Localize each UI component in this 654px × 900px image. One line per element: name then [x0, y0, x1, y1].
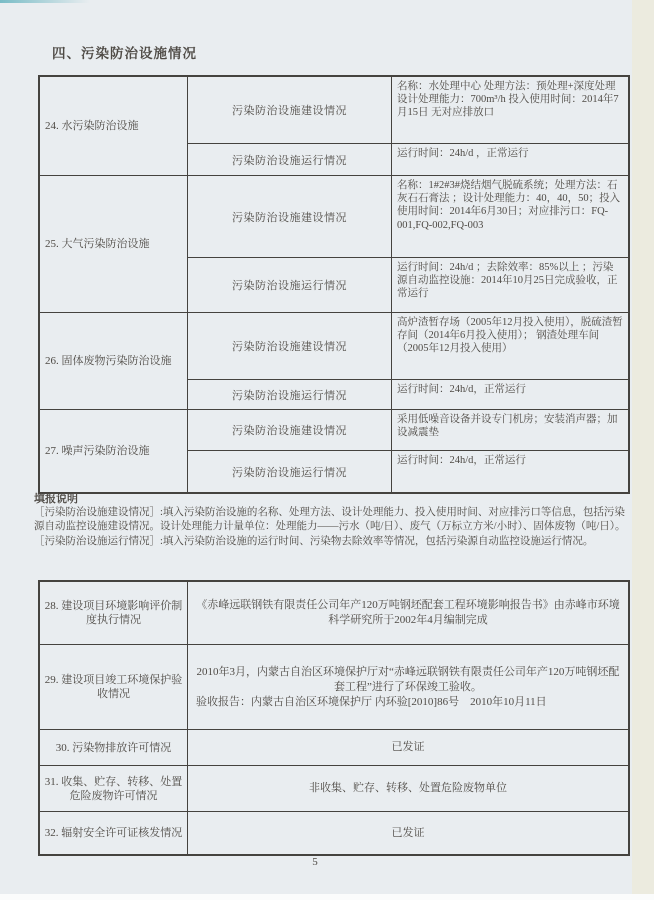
table-row-28: 28. 建设项目环境影响评价制度执行情况 《赤峰远联钢铁有限责任公司年产120万…: [40, 582, 628, 644]
row-26-build-value: 高炉渣暂存场（2005年12月投入使用），脱硫渣暂存间（2014年6月投入使用）…: [392, 313, 628, 379]
row-25-run: 污染防治设施运行情况 运行时间：24h/d ；去除效率：85%以上 ；污染源自动…: [188, 257, 628, 312]
table-row-30: 30. 污染物排放许可情况 已发证: [40, 729, 628, 765]
row-25-run-value: 运行时间：24h/d ；去除效率：85%以上 ；污染源自动监控设施：2014年1…: [392, 258, 628, 312]
table-row-26: 26. 固体废物污染防治设施 污染防治设施建设情况 高炉渣暂存场（2005年12…: [40, 312, 628, 409]
row-27-build-value: 采用低噪音设备并设专门机房；安装消声器；加设减震垫: [392, 410, 628, 450]
notes-title: 填报说明: [34, 492, 632, 506]
table-row-32: 32. 辐射安全许可证核发情况 已发证: [40, 811, 628, 854]
row-24-build-value: 名称：水处理中心 处理方法：预处理+深度处理 设计处理能力：700m³/h 投入…: [392, 77, 628, 143]
row-27-label: 27. 噪声污染防治设施: [40, 410, 188, 492]
notes-line-1: ［污染防治设施建设情况］:填入污染防治设施的名称、处理方法、设计处理能力、投入使…: [34, 506, 632, 534]
scan-edge-right: [632, 0, 654, 895]
row-24-label: 24. 水污染防治设施: [40, 77, 188, 175]
table-row-24: 24. 水污染防治设施 污染防治设施建设情况 名称：水处理中心 处理方法：预处理…: [40, 77, 628, 175]
filling-instructions: 填报说明 ［污染防治设施建设情况］:填入污染防治设施的名称、处理方法、设计处理能…: [34, 492, 632, 549]
row-32-label: 32. 辐射安全许可证核发情况: [40, 812, 188, 854]
row-31-label: 31. 收集、贮存、转移、处置危险废物许可情况: [40, 766, 188, 811]
row-25-build-value: 名称：1#2#3#烧结烟气脱硫系统；处理方法：石灰石石膏法 ；设计处理能力：40…: [392, 176, 628, 257]
build-status-label: 污染防治设施建设情况: [188, 176, 392, 257]
row-26-run-value: 运行时间：24h/d，正常运行: [392, 380, 628, 409]
table-row-25: 25. 大气污染防治设施 污染防治设施建设情况 名称：1#2#3#烧结烟气脱硫系…: [40, 175, 628, 312]
row-26-build: 污染防治设施建设情况 高炉渣暂存场（2005年12月投入使用），脱硫渣暂存间（2…: [188, 313, 628, 379]
run-status-label: 污染防治设施运行情况: [188, 258, 392, 312]
row-27-run-value: 运行时间：24h/d，正常运行: [392, 451, 628, 492]
row-26-label: 26. 固体废物污染防治设施: [40, 313, 188, 409]
row-30-label: 30. 污染物排放许可情况: [40, 730, 188, 765]
row-25-label: 25. 大气污染防治设施: [40, 176, 188, 312]
run-status-label: 污染防治设施运行情况: [188, 380, 392, 409]
permits-table: 28. 建设项目环境影响评价制度执行情况 《赤峰远联钢铁有限责任公司年产120万…: [38, 580, 630, 856]
build-status-label: 污染防治设施建设情况: [188, 313, 392, 379]
row-27-build: 污染防治设施建设情况 采用低噪音设备并设专门机房；安装消声器；加设减震垫: [188, 410, 628, 450]
table-row-27: 27. 噪声污染防治设施 污染防治设施建设情况 采用低噪音设备并设专门机房；安装…: [40, 409, 628, 492]
scan-edge-top: [0, 0, 90, 3]
row-30-value: 已发证: [196, 740, 620, 755]
scanned-document-page: 四、污染防治设施情况 24. 水污染防治设施 污染防治设施建设情况 名称：水处理…: [0, 0, 654, 900]
build-status-label: 污染防治设施建设情况: [188, 77, 392, 143]
build-status-label: 污染防治设施建设情况: [188, 410, 392, 450]
row-24-run: 污染防治设施运行情况 运行时间：24h/d ，正常运行: [188, 143, 628, 175]
row-29-label: 29. 建设项目竣工环境保护验收情况: [40, 645, 188, 729]
row-32-value: 已发证: [196, 826, 620, 841]
section-title: 四、污染防治设施情况: [52, 42, 197, 62]
row-24-build: 污染防治设施建设情况 名称：水处理中心 处理方法：预处理+深度处理 设计处理能力…: [188, 77, 628, 143]
scan-edge-bottom: [0, 894, 654, 900]
row-24-run-value: 运行时间：24h/d ，正常运行: [392, 144, 628, 175]
row-27-run: 污染防治设施运行情况 运行时间：24h/d，正常运行: [188, 450, 628, 492]
row-26-run: 污染防治设施运行情况 运行时间：24h/d，正常运行: [188, 379, 628, 409]
facilities-table: 24. 水污染防治设施 污染防治设施建设情况 名称：水处理中心 处理方法：预处理…: [38, 75, 630, 494]
row-25-build: 污染防治设施建设情况 名称：1#2#3#烧结烟气脱硫系统；处理方法：石灰石石膏法…: [188, 176, 628, 257]
row-31-value: 非收集、贮存、转移、处置危险废物单位: [196, 781, 620, 796]
row-28-value: 《赤峰远联钢铁有限责任公司年产120万吨钢坯配套工程环境影响报告书》由赤峰市环境…: [196, 598, 620, 628]
row-29-value-line2: 验收报告：内蒙古自治区环境保护厅 内环验[2010]86号 2010年10月11…: [196, 695, 620, 710]
notes-line-2: ［污染防治设施运行情况］:填入污染防治设施的运行时间、污染物去除效率等情况，包括…: [34, 535, 632, 549]
row-28-label: 28. 建设项目环境影响评价制度执行情况: [40, 582, 188, 644]
table-row-29: 29. 建设项目竣工环境保护验收情况 2010年3月，内蒙古自治区环境保护厅对“…: [40, 644, 628, 729]
run-status-label: 污染防治设施运行情况: [188, 451, 392, 492]
run-status-label: 污染防治设施运行情况: [188, 144, 392, 175]
table-row-31: 31. 收集、贮存、转移、处置危险废物许可情况 非收集、贮存、转移、处置危险废物…: [40, 765, 628, 811]
row-29-value-line1: 2010年3月，内蒙古自治区环境保护厅对“赤峰远联钢铁有限责任公司年产120万吨…: [196, 665, 620, 695]
page-number: 5: [0, 856, 630, 868]
